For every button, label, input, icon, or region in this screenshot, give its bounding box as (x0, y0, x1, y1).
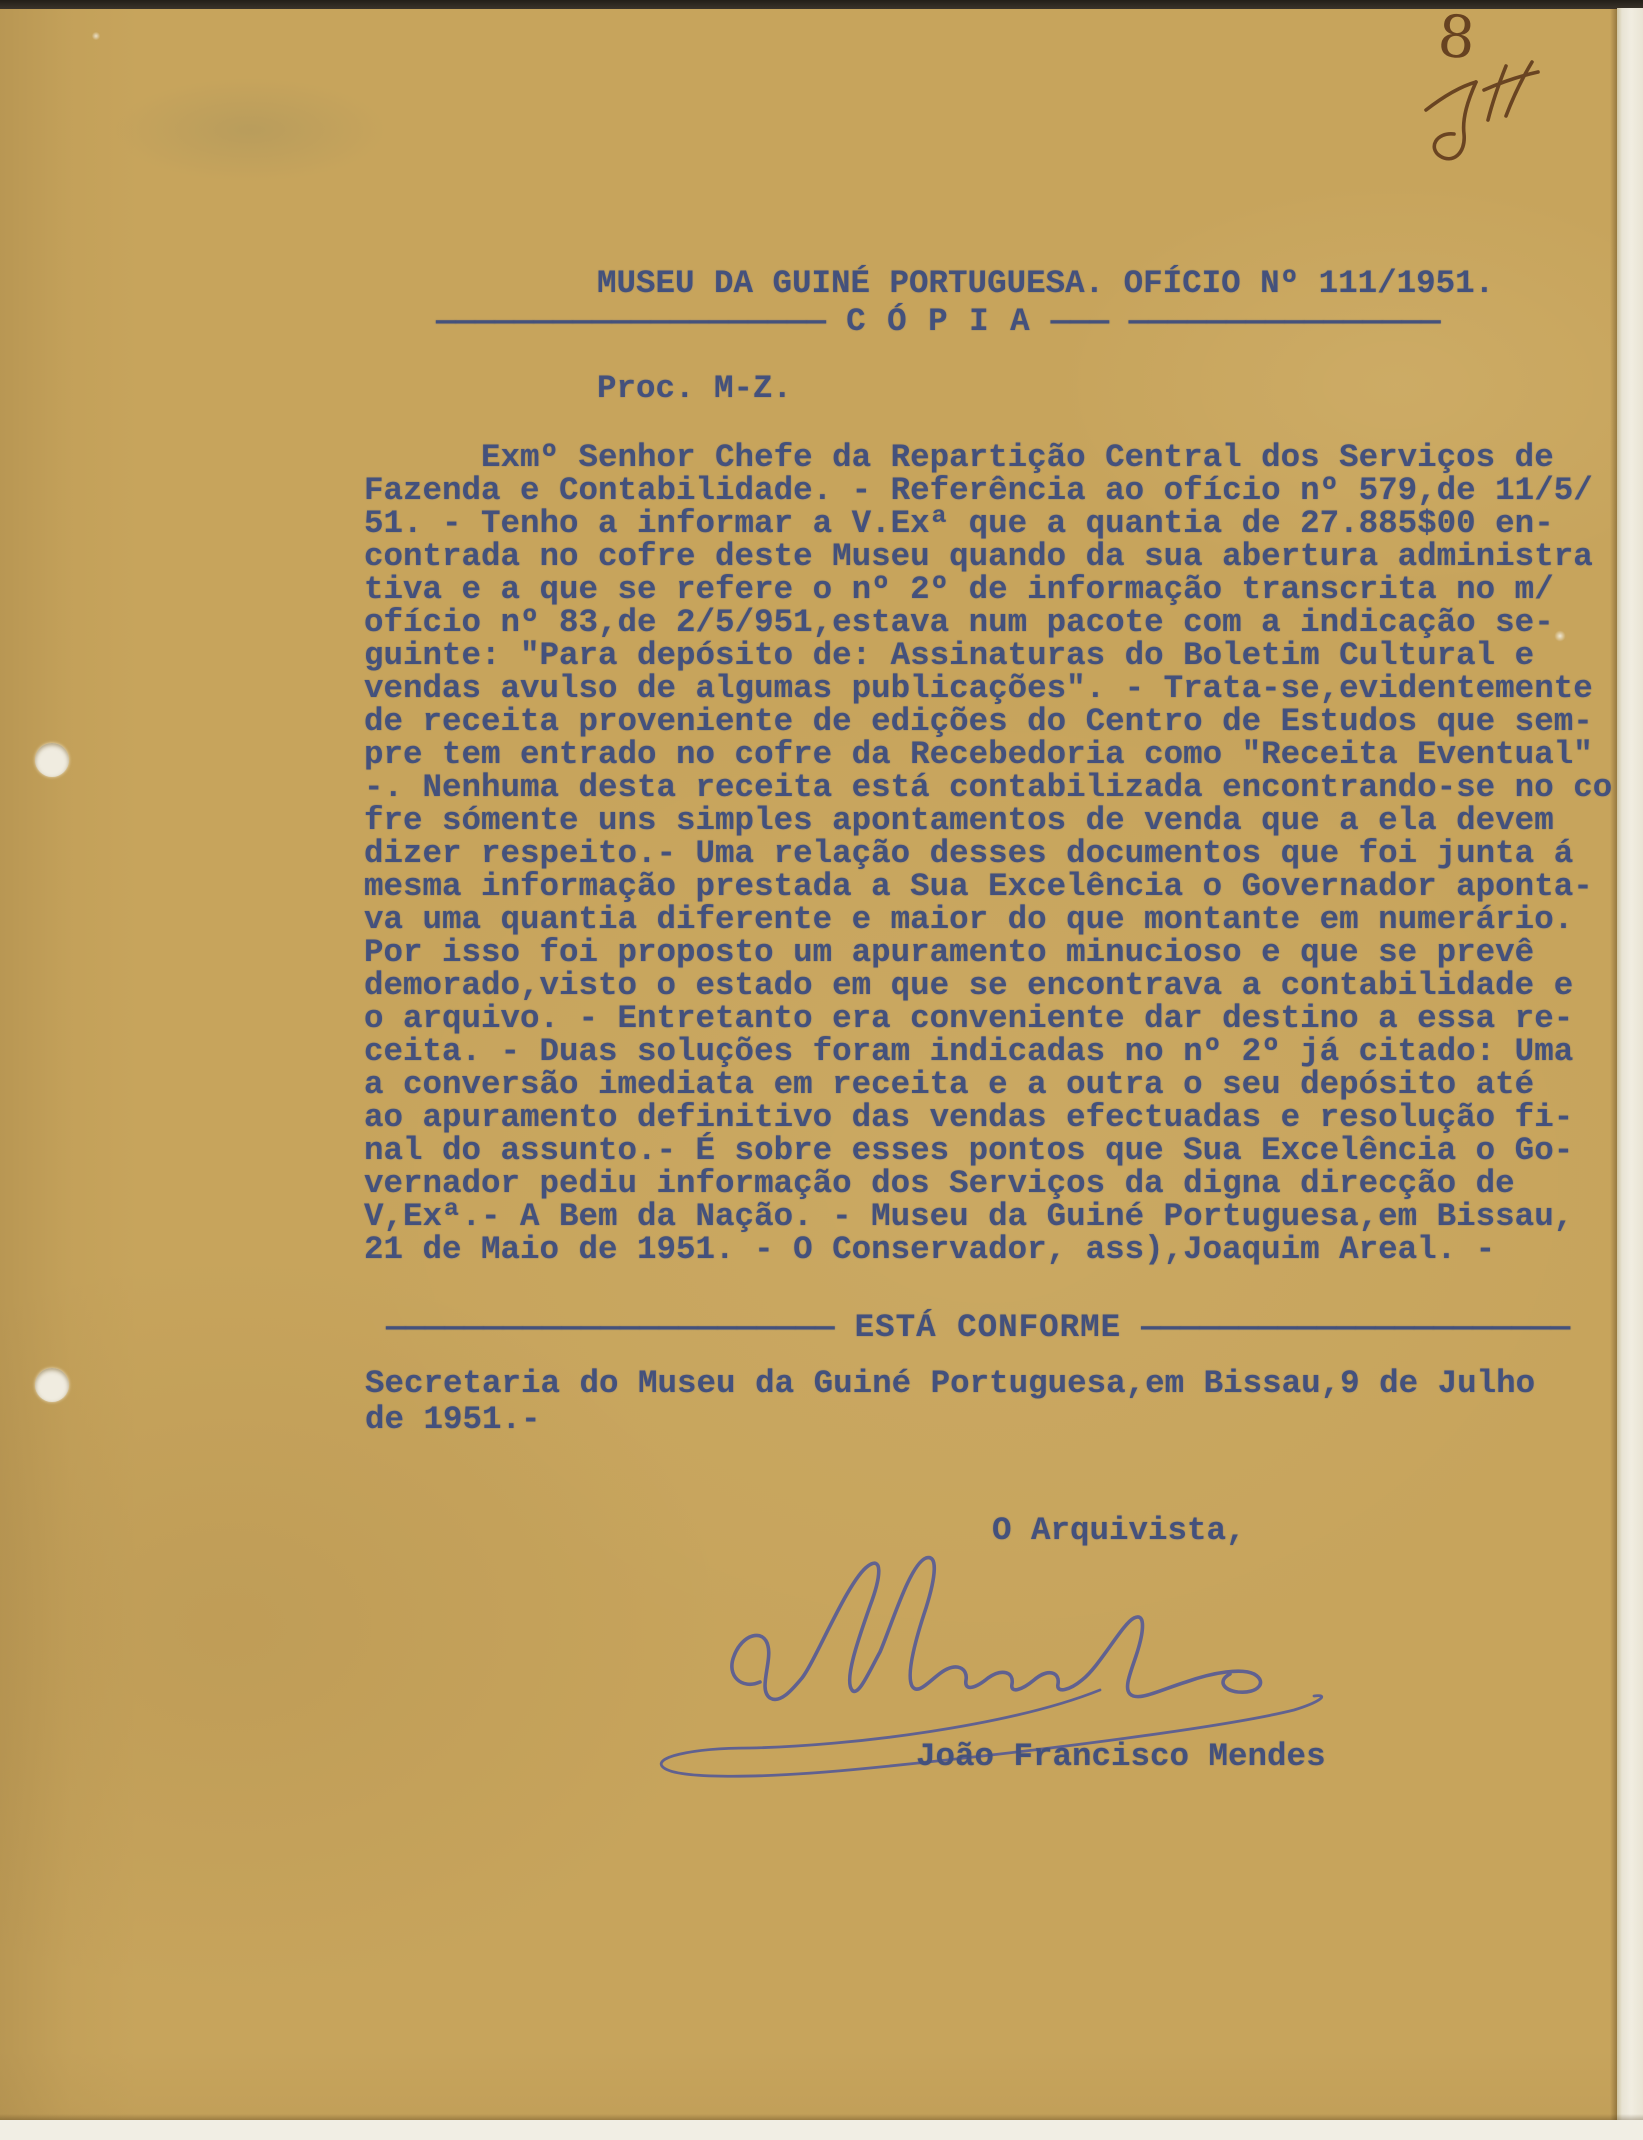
conforme-separator-dashes-left: ——————————————————————— (386, 1309, 835, 1346)
copy-separator-dashes-right: ——— ———————————————— (1051, 303, 1441, 340)
conforme-separator: ———————————————————————ESTÁ CONFORME————… (386, 1309, 1570, 1346)
signer-typed-name: João Francisco Mendes (916, 1738, 1326, 1775)
closing-statement: Secretaria do Museu da Guiné Portuguesa,… (365, 1366, 1535, 1438)
scan-edge-top (0, 0, 1643, 9)
header-process-line: Proc. M-Z. (597, 371, 1494, 406)
copy-separator: ————————————————————C Ó P I A——— ———————… (436, 303, 1441, 340)
header-title-line: MUSEU DA GUINÉ PORTUGUESA. OFÍCIO Nº 111… (597, 266, 1494, 301)
punch-hole (35, 1368, 69, 1402)
conforme-separator-label: ESTÁ CONFORME (855, 1309, 1122, 1346)
copy-separator-label: C Ó P I A (846, 303, 1031, 340)
document-page: 8 MUSEU DA GUINÉ PORTUGUESA. OFÍCIO Nº 1… (0, 0, 1643, 2140)
scan-edge-bottom (0, 2120, 1643, 2140)
typewritten-body: Exmº Senhor Chefe da Repartição Central … (364, 441, 1612, 1266)
punch-hole (35, 743, 69, 777)
copy-separator-dashes-left: ———————————————————— (436, 303, 826, 340)
scan-edge-right (1617, 8, 1643, 2140)
handwritten-rubric-mark (1418, 58, 1558, 173)
conforme-separator-dashes-right: —————————————————————— (1141, 1309, 1570, 1346)
